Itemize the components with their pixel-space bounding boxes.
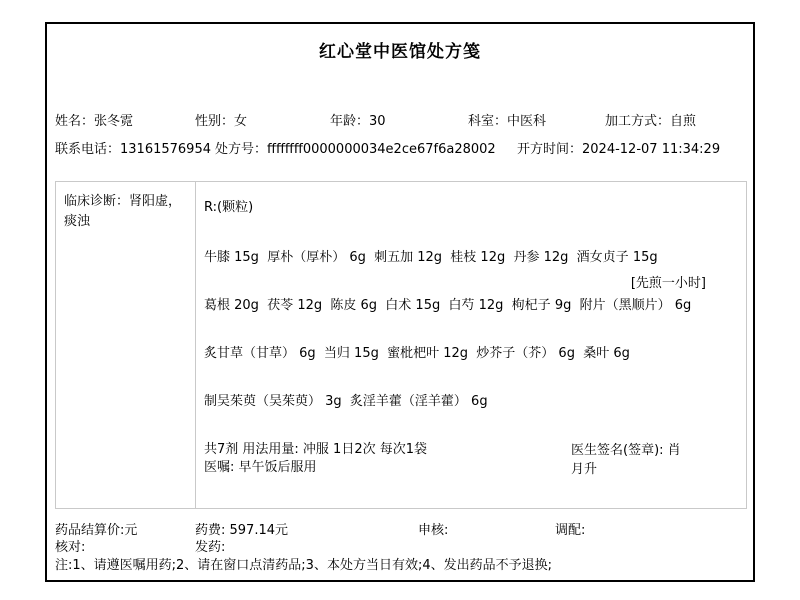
dosage-line: 共7剂 用法用量: 冲服 1日2次 每次1袋	[204, 441, 427, 459]
processing-method-field: 加工方式：自煎	[605, 110, 696, 126]
department-label: 科室：	[468, 114, 507, 129]
prescription-sheet: 红心堂中医馆处方笺 姓名：张冬霓 性别：女 年龄：30 科室：中医科 加工方式：…	[45, 22, 755, 582]
medicine-line-1: 牛膝 15g 厚朴（厚朴） 6g 刺五加 12g 桂枝 12g 丹参 12g 酒…	[204, 246, 658, 265]
prescription-number-field: 处方号：ffffffff0000000034e2ce67f6a28002	[215, 138, 496, 154]
doctor-signature: 医生签名(签章): 肖月升	[571, 441, 691, 479]
footer-note: 注:1、请遵医嘱用药;2、请在窗口点清药品;3、本处方当日有效;4、发出药品不予…	[55, 554, 552, 570]
settle-price-field: 药品结算价:元	[55, 519, 137, 535]
doctor-advice-line: 医嘱: 早午饭后服用	[204, 459, 427, 477]
prescription-page: 红心堂中医馆处方笺 姓名：张冬霓 性别：女 年龄：30 科室：中医科 加工方式：…	[0, 0, 800, 600]
review-field: 申核:	[418, 519, 448, 535]
processing-method-label: 加工方式：	[605, 114, 670, 129]
decoction-note: [先煎一小时]	[631, 272, 706, 291]
patient-name-value: 张冬霓	[94, 114, 133, 129]
patient-name-field: 姓名：张冬霓	[55, 110, 133, 126]
medicine-line-3: 炙甘草（甘草） 6g 当归 15g 蜜枇杷叶 12g 炒芥子（芥） 6g 桑叶 …	[204, 342, 630, 361]
medicine-line-4: 制吴茱萸（吴茱萸） 3g 炙淫羊藿（淫羊藿） 6g	[204, 390, 488, 409]
prepare-field: 调配:	[555, 519, 585, 535]
prescribe-time-field: 开方时间：2024-12-07 11:34:29	[517, 138, 720, 154]
usage-block: 共7剂 用法用量: 冲服 1日2次 每次1袋 医嘱: 早午饭后服用	[204, 441, 427, 477]
phone-label: 联系电话：	[55, 142, 120, 157]
department-value: 中医科	[507, 114, 546, 129]
dispense-field: 发药:	[195, 536, 225, 552]
patient-age-field: 年龄：30	[330, 110, 386, 126]
check-field: 核对:	[55, 536, 85, 552]
prescription-box: 临床诊断：肾阳虚，痰浊 R:(颗粒) 牛膝 15g 厚朴（厚朴） 6g 刺五加 …	[55, 181, 747, 509]
medicine-fee-field: 药费: 597.14元	[195, 519, 288, 535]
department-field: 科室：中医科	[468, 110, 546, 126]
clinical-diagnosis-label: 临床诊断：	[64, 194, 129, 209]
patient-gender-field: 性别：女	[195, 110, 247, 126]
patient-gender-label: 性别：	[195, 114, 234, 129]
prescribe-time-label: 开方时间：	[517, 142, 582, 157]
prescribe-time-value: 2024-12-07 11:34:29	[582, 142, 720, 157]
rx-granule-label: R:(颗粒)	[204, 196, 253, 215]
prescription-number-value: ffffffff0000000034e2ce67f6a28002	[267, 142, 496, 157]
processing-method-value: 自煎	[670, 114, 696, 129]
patient-gender-value: 女	[234, 114, 247, 129]
medicine-line-2: 葛根 20g 茯苓 12g 陈皮 6g 白术 15g 白芍 12g 枸杞子 9g…	[204, 294, 691, 313]
patient-name-label: 姓名：	[55, 114, 94, 129]
patient-age-label: 年龄：	[330, 114, 369, 129]
page-title: 红心堂中医馆处方笺	[47, 37, 753, 62]
prescription-number-label: 处方号：	[215, 142, 267, 157]
clinical-diagnosis-cell: 临床诊断：肾阳虚，痰浊	[56, 182, 196, 508]
phone-field: 联系电话：13161576954	[55, 138, 211, 154]
phone-value: 13161576954	[120, 142, 211, 157]
patient-age-value: 30	[369, 114, 386, 129]
